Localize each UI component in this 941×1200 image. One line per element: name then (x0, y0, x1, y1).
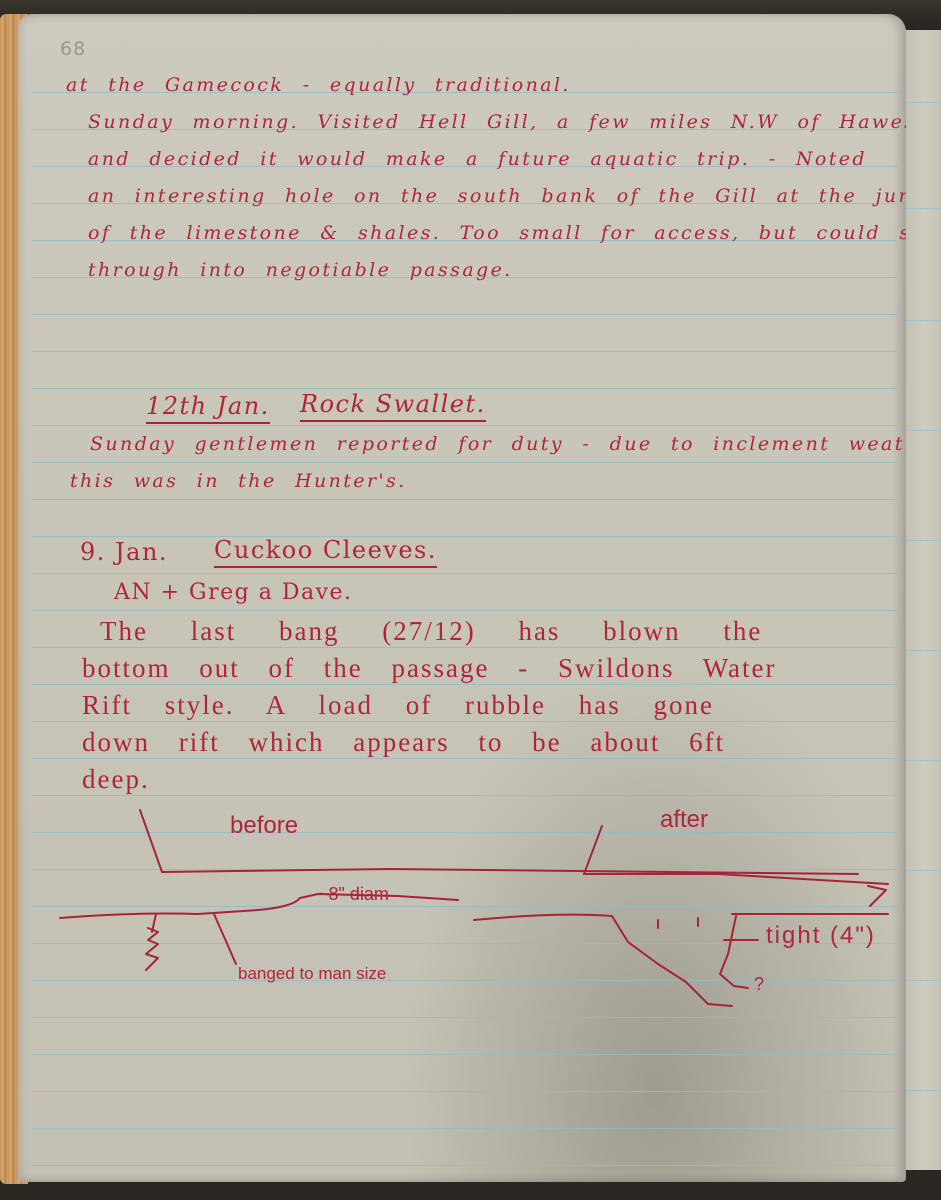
before-label: before (230, 812, 298, 840)
banged-note: banged to man size (238, 964, 386, 984)
facing-page-edge (900, 30, 941, 1170)
diameter-note: ~8" diam (318, 884, 389, 905)
after-label: after (660, 806, 708, 834)
notebook-page: 68 at the Gamecock - equally traditional… (18, 14, 906, 1182)
question-mark: ? (754, 974, 764, 995)
tight-note: tight (4") (766, 922, 876, 950)
sketch-lines (18, 14, 906, 1182)
